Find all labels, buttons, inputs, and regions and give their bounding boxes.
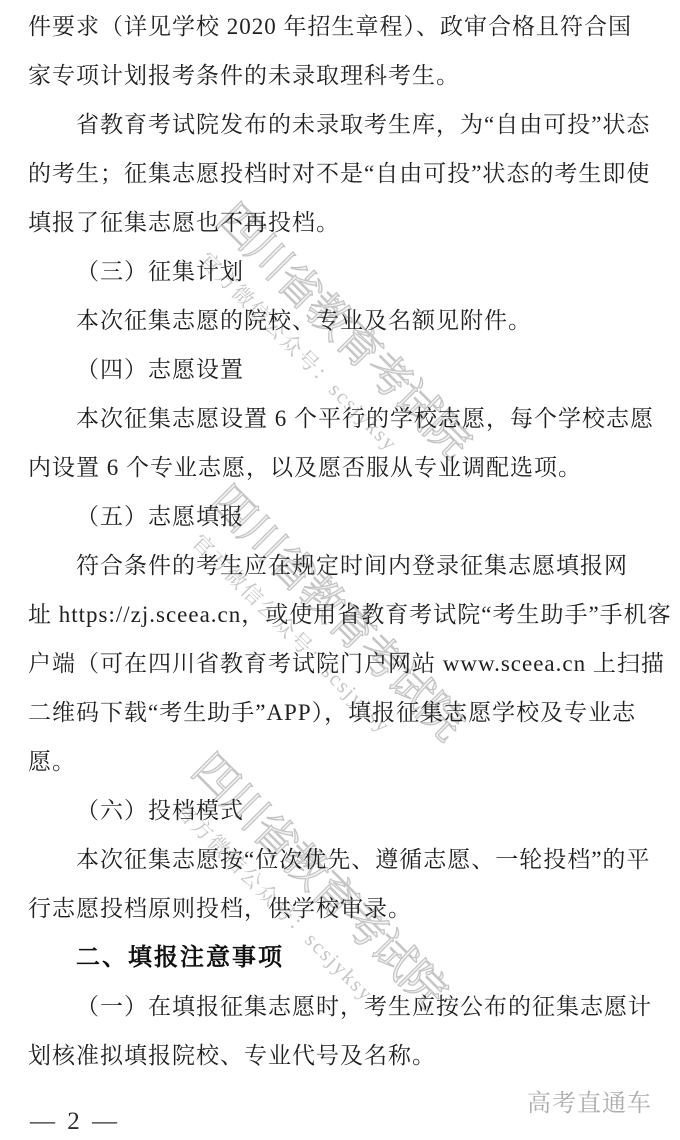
section-heading-3: （三）征集计划 <box>28 247 656 296</box>
brand-watermark: 高考直通车 <box>527 1083 652 1118</box>
text-line: 的考生；征集志愿投档时对不是“自由可投”状态的考生即使 <box>28 149 656 198</box>
text-line: 户端（可在四川省教育考试院门户网站 www.sceea.cn 上扫描 <box>28 639 656 688</box>
text-line: 划核准拟填报院校、专业代号及名称。 <box>28 1031 656 1080</box>
page-number: — 2 — <box>30 1108 120 1136</box>
text-line: （一）在填报征集志愿时，考生应按公布的征集志愿计 <box>28 982 656 1031</box>
text-line: 行志愿投档原则投档，供学校审录。 <box>28 884 656 933</box>
text-line: 本次征集志愿设置 6 个平行的学校志愿，每个学校志愿 <box>28 394 656 443</box>
text-line: 址 https://zj.sceea.cn，或使用省教育考试院“考生助手”手机客 <box>28 590 656 639</box>
text-line: 本次征集志愿的院校、专业及名额见附件。 <box>28 296 656 345</box>
text-line: 省教育考试院发布的未录取考生库，为“自由可投”状态 <box>28 100 656 149</box>
text-line: 二维码下载“考生助手”APP），填报征集志愿学校及专业志 <box>28 688 656 737</box>
document-page: 四川省教育考试院 官方微信公众号：scsjyksy 四川省教育考试院 官方微信公… <box>0 0 680 1140</box>
section-heading-5: （五）志愿填报 <box>28 492 656 541</box>
text-line: 本次征集志愿按“位次优先、遵循志愿、一轮投档”的平 <box>28 835 656 884</box>
section-heading-6: （六）投档模式 <box>28 786 656 835</box>
section-heading-4: （四）志愿设置 <box>28 345 656 394</box>
document-body: 件要求（详见学校 2020 年招生章程）、政审合格且符合国 家专项计划报考条件的… <box>28 2 656 1080</box>
text-line: 愿。 <box>28 737 656 786</box>
text-line: 件要求（详见学校 2020 年招生章程）、政审合格且符合国 <box>28 2 656 51</box>
text-line: 符合条件的考生应在规定时间内登录征集志愿填报网 <box>28 541 656 590</box>
text-line: 内设置 6 个专业志愿，以及愿否服从专业调配选项。 <box>28 443 656 492</box>
text-line: 填报了征集志愿也不再投档。 <box>28 198 656 247</box>
section-heading-2-main: 二、填报注意事项 <box>28 933 656 982</box>
text-line: 家专项计划报考条件的未录取理科考生。 <box>28 51 656 100</box>
